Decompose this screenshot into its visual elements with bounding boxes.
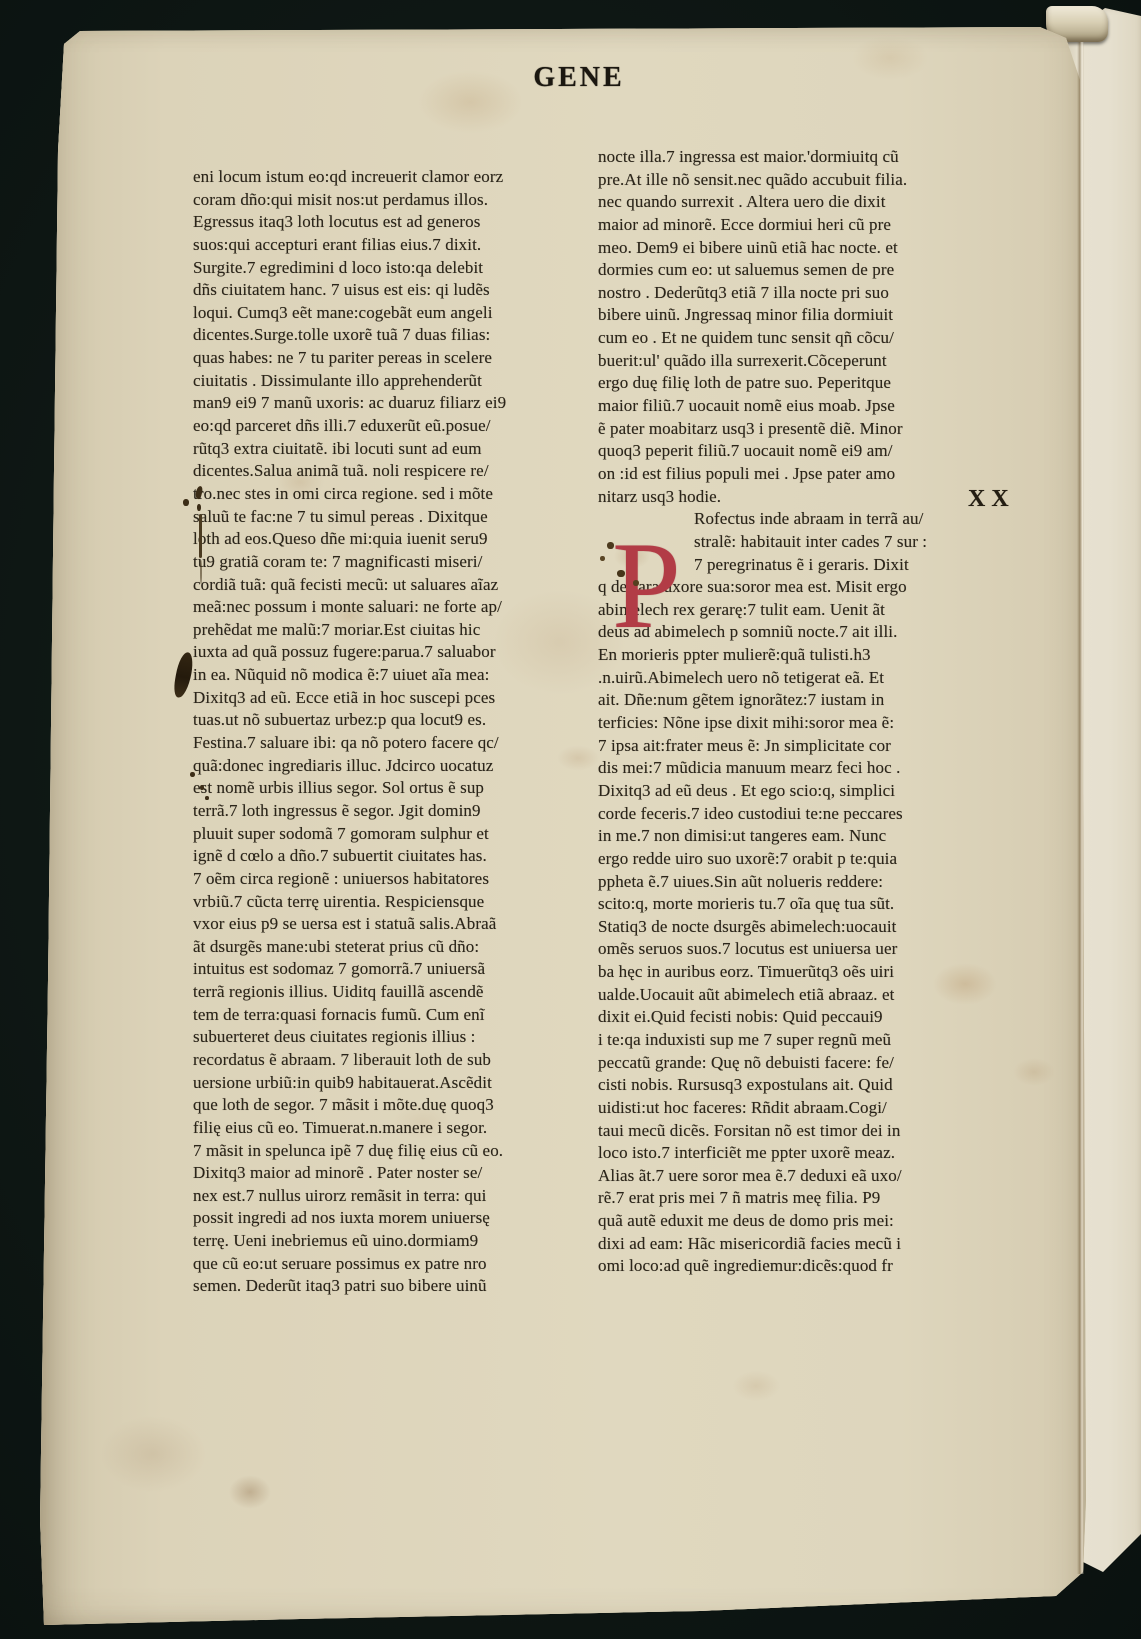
text-line: que loth de segor. 7 mãsit i mõte.duę qu… [193, 1094, 591, 1117]
text-line: terrã.7 loth ingressus ẽ segor. Jgit dom… [193, 800, 591, 823]
text-line: ualde.Uocauit aũt abimelech etiã abraaz.… [598, 984, 996, 1007]
text-line: rũtq3 extra ciuitatẽ. ibi locuti sunt ad… [193, 438, 591, 461]
chapter-opening-lines: Rofectus inde abraam in terrã au/stralẽ:… [694, 508, 996, 576]
text-line: recordatus ẽ abraam. 7 liberauit loth de… [193, 1049, 591, 1072]
text-line: Egressus itaq3 loth locutus est ad gener… [193, 211, 591, 234]
text-line: taui mecũ dicẽs. Forsitan nõ est timor d… [598, 1120, 996, 1143]
text-line: tuas.ut nõ subuertaz urbez:p qua locut9 … [193, 709, 591, 732]
text-line: quã:donec ingrediaris illuc. Jdcirco uoc… [193, 755, 591, 778]
text-line: vrbiũ.7 cũcta terrę uirentia. Respiciens… [193, 891, 591, 914]
text-line: nitarz usq3 hodie. [598, 486, 996, 509]
text-line: eo:qd parceret dñs illi.7 eduxerũt eũ.po… [193, 415, 591, 438]
text-line: Surgite.7 egredimini d loco isto:qa dele… [193, 257, 591, 280]
text-line: ppheta ẽ.7 uiues.Sin aũt nolueris redder… [598, 871, 996, 894]
text-line: que cũ eo:ut seruare possimus ex patre n… [193, 1253, 591, 1276]
text-line: meo. Dem9 ei bibere uinũ etiã hac nocte.… [598, 237, 996, 260]
rubricated-initial-P: P [612, 524, 681, 648]
text-line: uersione urbiũ:in quib9 habitauerat.Ascẽ… [193, 1072, 591, 1095]
text-line: dicentes.Salua animã tuã. noli respicere… [193, 460, 591, 483]
text-line: buerit:ul' quãdo illa surrexerit.Cõceper… [598, 350, 996, 373]
text-line: eni locum istum eo:qd increuerit clamor … [193, 166, 591, 189]
text-line: dixi ad eam: Hãc misericordiã facies mec… [598, 1233, 996, 1256]
text-line: cisti nobis. Rursusq3 expostulans ait. Q… [598, 1074, 996, 1097]
text-line: omi loco:ad quẽ ingrediemur:dicẽs:quod f… [598, 1255, 996, 1278]
margin-vertical-stroke [199, 514, 202, 558]
text-line: ergo duę filię loth de patre suo. Peperi… [598, 372, 996, 395]
text-line: 7 peregrinatus ẽ i geraris. Dixit [694, 554, 996, 577]
text-line: 7 oẽm circa regionẽ : uniuersos habitato… [193, 868, 591, 891]
text-line: cordiã tuã: quã fecisti mecũ: ut saluare… [193, 574, 591, 597]
text-line: saluũ te fac:ne 7 tu simul pereas . Dixi… [193, 506, 591, 529]
text-line: maior ad minorẽ. Ecce dormiui heri cũ pr… [598, 214, 996, 237]
text-line: meã:nec possum i monte saluari: ne forte… [193, 596, 591, 619]
text-line: tro.nec stes in omi circa regione. sed i… [193, 483, 591, 506]
ink-fleck [600, 556, 605, 561]
text-line: ãt dsurgẽs mane:ubi steterat prius cũ dñ… [193, 936, 591, 959]
text-line: tem de terra:quasi fornacis fumũ. Cum en… [193, 1004, 591, 1027]
right-column-lower-lines: q de sara uxore sua:soror mea est. Misit… [598, 576, 996, 1278]
running-title: GENE [489, 62, 669, 94]
text-line: possit ingredi ad nos iuxta morem uniuer… [193, 1207, 591, 1230]
text-line: suos:qui accepturi erant filias eius.7 d… [193, 234, 591, 257]
text-line: i te:qa induxisti sup me 7 super regnũ m… [598, 1029, 996, 1052]
margin-dot-mark [200, 785, 204, 790]
text-line: 7 ipsa ait:frater meus ẽ: Jn simplicitat… [598, 735, 996, 758]
chapter-number: XX [968, 486, 1015, 513]
margin-dot-mark [190, 772, 195, 777]
text-line: uidisti:ut hoc faceres: Rñdit abraam.Cog… [598, 1097, 996, 1120]
text-line: nocte illa.7 ingressa est maior.'dormiui… [598, 146, 996, 169]
margin-dot-mark [197, 504, 201, 511]
text-line: dis mei:7 mũdicia manuum mearz feci hoc … [598, 757, 996, 780]
fore-edge-crease [1077, 42, 1084, 1574]
text-line: Festina.7 saluare ibi: qa nõ potero face… [193, 732, 591, 755]
text-line: terficies: Nõne ipse dixit mihi:soror me… [598, 712, 996, 735]
ink-blot [172, 651, 195, 699]
text-line: in me.7 non dimisi:ut tangeres eam. Nunc [598, 825, 996, 848]
text-line: dormies cum eo: ut saluemus semen de pre [598, 259, 996, 282]
ink-fleck [617, 570, 625, 577]
text-line: bibere uinũ. Jngressaq minor filia dormi… [598, 304, 996, 327]
text-line: ait. Dñe:num gẽtem ignorãtez:7 iustam in [598, 689, 996, 712]
book-photograph: GENE eni locum istum eo:qd increuerit cl… [0, 0, 1141, 1639]
text-line: dñs ciuitatem hanc. 7 uisus est eis: qi … [193, 279, 591, 302]
text-line: subuerteret deus ciuitates regionis illi… [193, 1026, 591, 1049]
text-line: corde feceris.7 ideo custodiui te:ne pec… [598, 803, 996, 826]
text-line: quas habes: ne 7 tu pariter pereas in sc… [193, 347, 591, 370]
text-line: vxor eius p9 se uersa est i statuã salis… [193, 913, 591, 936]
text-line: peccatũ grande: Quę nõ debuisti facere: … [598, 1052, 996, 1075]
text-line: tu9 gratiã coram te: 7 magnificasti mise… [193, 551, 591, 574]
text-line: quoq3 peperit filiũ.7 uocauit nomẽ ei9 a… [598, 440, 996, 463]
text-line: coram dño:qui misit nos:ut perdamus illo… [193, 189, 591, 212]
text-line: .n.uirũ.Abimelech uero nõ tetigerat eã. … [598, 667, 996, 690]
text-line: ba hęc in auribus eorz. Timuerũtq3 oẽs u… [598, 961, 996, 984]
text-line: nec quando surrexit . Altera uero die di… [598, 191, 996, 214]
text-line: 7 mãsit in spelunca ipẽ 7 duę filię eius… [193, 1140, 591, 1163]
text-line: pre.At ille nõ sensit.nec quãdo accubuit… [598, 169, 996, 192]
book-page: GENE eni locum istum eo:qd increuerit cl… [38, 26, 1088, 1628]
right-text-column: nocte illa.7 ingressa est maior.'dormiui… [598, 146, 996, 1278]
text-line: ignẽ d cœlo a dño.7 subuertit ciuitates … [193, 845, 591, 868]
text-line: on :id est filius populi mei . Jpse pate… [598, 463, 996, 486]
text-line: Alias ãt.7 uere soror mea ẽ.7 deduxi eã … [598, 1165, 996, 1188]
ink-fleck [633, 580, 639, 586]
text-line: terrę. Ueni inebriemus eũ uino.dormiam9 [193, 1230, 591, 1253]
text-line: ẽ pater moabitarz usq3 i presentẽ diẽ. M… [598, 418, 996, 441]
text-line: loco isto.7 interficiẽt me ppter uxorẽ m… [598, 1142, 996, 1165]
text-line: dixit ei.Quid fecisti nobis: Quid peccau… [598, 1006, 996, 1029]
printed-text-layer: GENE eni locum istum eo:qd increuerit cl… [0, 0, 1141, 1639]
text-line: pluuit super sodomã 7 gomoram sulphur et [193, 823, 591, 846]
text-line: man9 ei9 7 manũ uxoris: ac duaruz filiar… [193, 392, 591, 415]
text-line: semen. Dederũt itaq3 patri suo bibere ui… [193, 1275, 591, 1298]
text-line: nostro . Dederũtq3 etiã 7 illa nocte pri… [598, 282, 996, 305]
text-line: terrã regionis illius. Uiditq fauillã as… [193, 981, 591, 1004]
text-line: Statiq3 de nocte dsurgẽs abimelech:uocau… [598, 916, 996, 939]
margin-dot-mark [205, 796, 209, 800]
text-line: stralẽ: habitauit inter cades 7 sur : [694, 531, 996, 554]
text-line: in ea. Nũquid nõ modica ẽ:7 uiuet aĩa me… [193, 664, 591, 687]
text-line: Rofectus inde abraam in terrã au/ [694, 508, 996, 531]
text-line: est nomẽ urbis illius segor. Sol ortus ẽ… [193, 777, 591, 800]
text-line: dicentes.Surge.tolle uxorẽ tuã 7 duas fi… [193, 324, 591, 347]
text-line: intuitus est sodomaz 7 gomorrã.7 uniuers… [193, 958, 591, 981]
text-line: iuxta ad quã possuz fugere:parua.7 salua… [193, 641, 591, 664]
text-line: Dixitq3 maior ad minorẽ . Pater noster s… [193, 1162, 591, 1185]
text-line: loth ad eos.Queso dñe mi:quia iuenit ser… [193, 528, 591, 551]
text-line: Dixitq3 ad eũ. Ecce etiã in hoc suscepi … [193, 687, 591, 710]
margin-vertical-stroke [200, 560, 202, 584]
right-column-upper-lines: nocte illa.7 ingressa est maior.'dormiui… [598, 146, 996, 508]
text-line: loqui. Cumq3 eẽt mane:cogebãt eum angeli [193, 302, 591, 325]
margin-dot-mark [183, 499, 189, 506]
text-line: ciuitatis . Dissimulante illo apprehende… [193, 370, 591, 393]
text-line: omẽs seruos suos.7 locutus est uniuersa … [598, 938, 996, 961]
text-line: ergo redde uiro suo uxorẽ:7 orabit p te:… [598, 848, 996, 871]
text-line: cum eo . Et ne quidem tunc sensit qñ cõc… [598, 327, 996, 350]
text-line: rẽ.7 erat pris mei 7 ñ matris meę filia.… [598, 1187, 996, 1210]
text-line: quã autẽ eduxit me deus de domo pris mei… [598, 1210, 996, 1233]
ink-fleck [607, 542, 614, 549]
text-line: nex est.7 nullus uirorz remãsit in terra… [193, 1185, 591, 1208]
text-line: Dixitq3 ad eũ deus . Et ego scio:q, simp… [598, 780, 996, 803]
text-line: filię eius cũ eo. Timuerat.n.manere i se… [193, 1117, 591, 1140]
text-line: maior filiũ.7 uocauit nomẽ eius moab. Jp… [598, 395, 996, 418]
text-line: prehẽdat me malũ:7 moriar.Est ciuitas hi… [193, 619, 591, 642]
left-text-column: eni locum istum eo:qd increuerit clamor … [193, 166, 591, 1298]
text-line: scito:q, morte morieris tu.7 oĩa quę tua… [598, 893, 996, 916]
